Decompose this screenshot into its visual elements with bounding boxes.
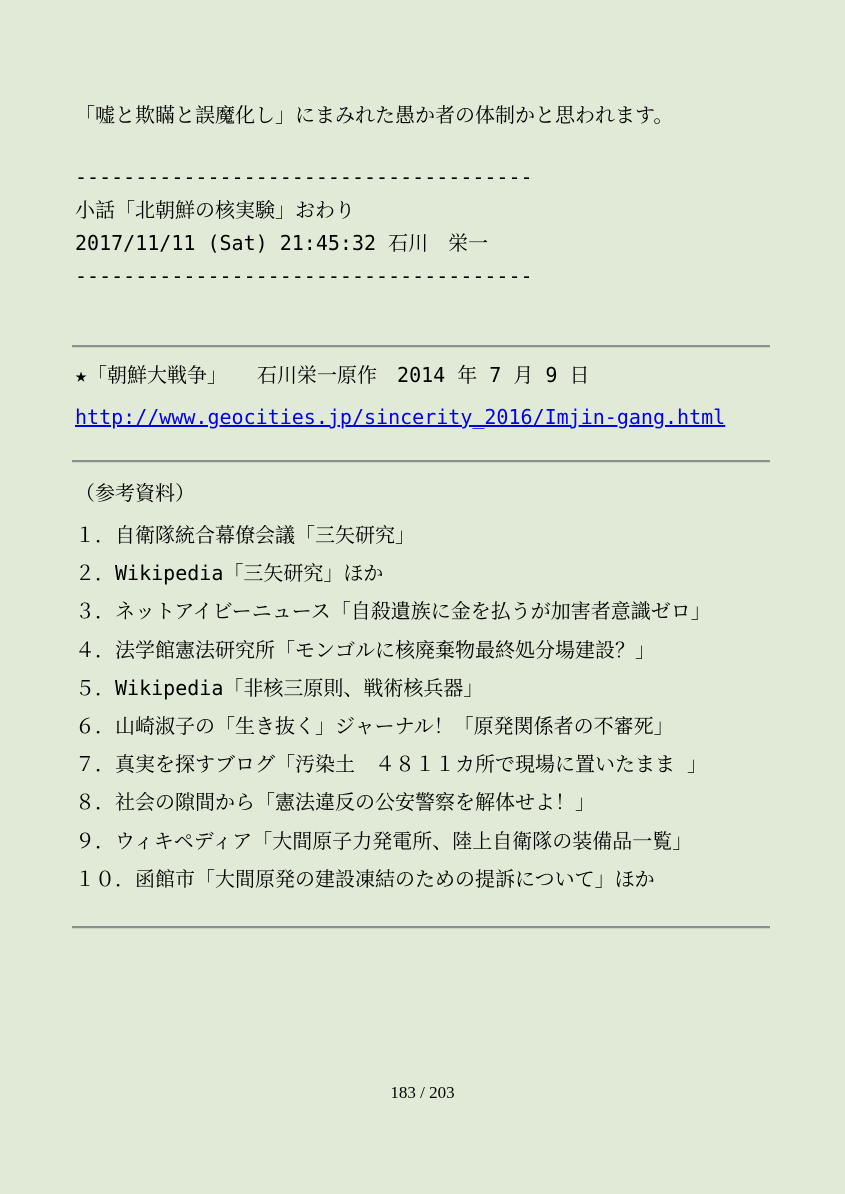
reference-item: ８．社会の隙間から「憲法違反の公安警察を解体せよ！」 <box>75 783 711 821</box>
reference-item: ３．ネットアイビーニュース「自殺遺族に金を払うが加害者意識ゼロ」 <box>75 592 711 630</box>
references-heading: （参考資料） <box>75 480 195 506</box>
reference-item: １．自衛隊統合幕僚会議「三矢研究」 <box>75 516 711 554</box>
book-link[interactable]: http://www.geocities.jp/sincerity_2016/I… <box>75 405 725 429</box>
book-title-line: ★「朝鮮大戦争」 石川栄一原作 2014 年 7 月 9 日 <box>75 362 590 388</box>
story-end-line: 小話「北朝鮮の核実験」おわり <box>75 197 355 223</box>
book-link-line: http://www.geocities.jp/sincerity_2016/I… <box>75 404 725 430</box>
document-page: 「嘘と欺瞞と誤魔化し」にまみれた愚か者の体制かと思われます。 ---------… <box>0 0 845 1194</box>
date-signature-line: 2017/11/11 (Sat) 21:45:32 石川 栄一 <box>75 230 488 256</box>
reference-item: ６．山崎淑子の「生き抜く」ジャーナル！「原発関係者の不審死」 <box>75 707 711 745</box>
reference-item: ５．Wikipedia「非核三原則、戦術核兵器」 <box>75 669 711 707</box>
dashed-separator-bottom: -------------------------------------- <box>75 263 533 289</box>
reference-item: ９．ウィキペディア「大間原子力発電所、陸上自衛隊の装備品一覧」 <box>75 822 711 860</box>
reference-item: ２．Wikipedia「三矢研究」ほか <box>75 554 711 592</box>
dashed-separator-top: -------------------------------------- <box>75 164 533 190</box>
references-list: １．自衛隊統合幕僚会議「三矢研究」 ２．Wikipedia「三矢研究」ほか ３．… <box>75 516 711 898</box>
page-number: 183 / 203 <box>0 1082 845 1104</box>
intro-line: 「嘘と欺瞞と誤魔化し」にまみれた愚か者の体制かと思われます。 <box>75 102 673 128</box>
horizontal-rule-1 <box>72 345 770 348</box>
horizontal-rule-2 <box>72 460 770 463</box>
reference-item: ７．真実を探すブログ「汚染土 ４８１１カ所で現場に置いたまま 」 <box>75 745 711 783</box>
horizontal-rule-3 <box>72 926 770 929</box>
reference-item: １０．函館市「大間原発の建設凍結のための提訴について」ほか <box>75 860 711 898</box>
reference-item: ４．法学館憲法研究所「モンゴルに核廃棄物最終処分場建設？」 <box>75 631 711 669</box>
